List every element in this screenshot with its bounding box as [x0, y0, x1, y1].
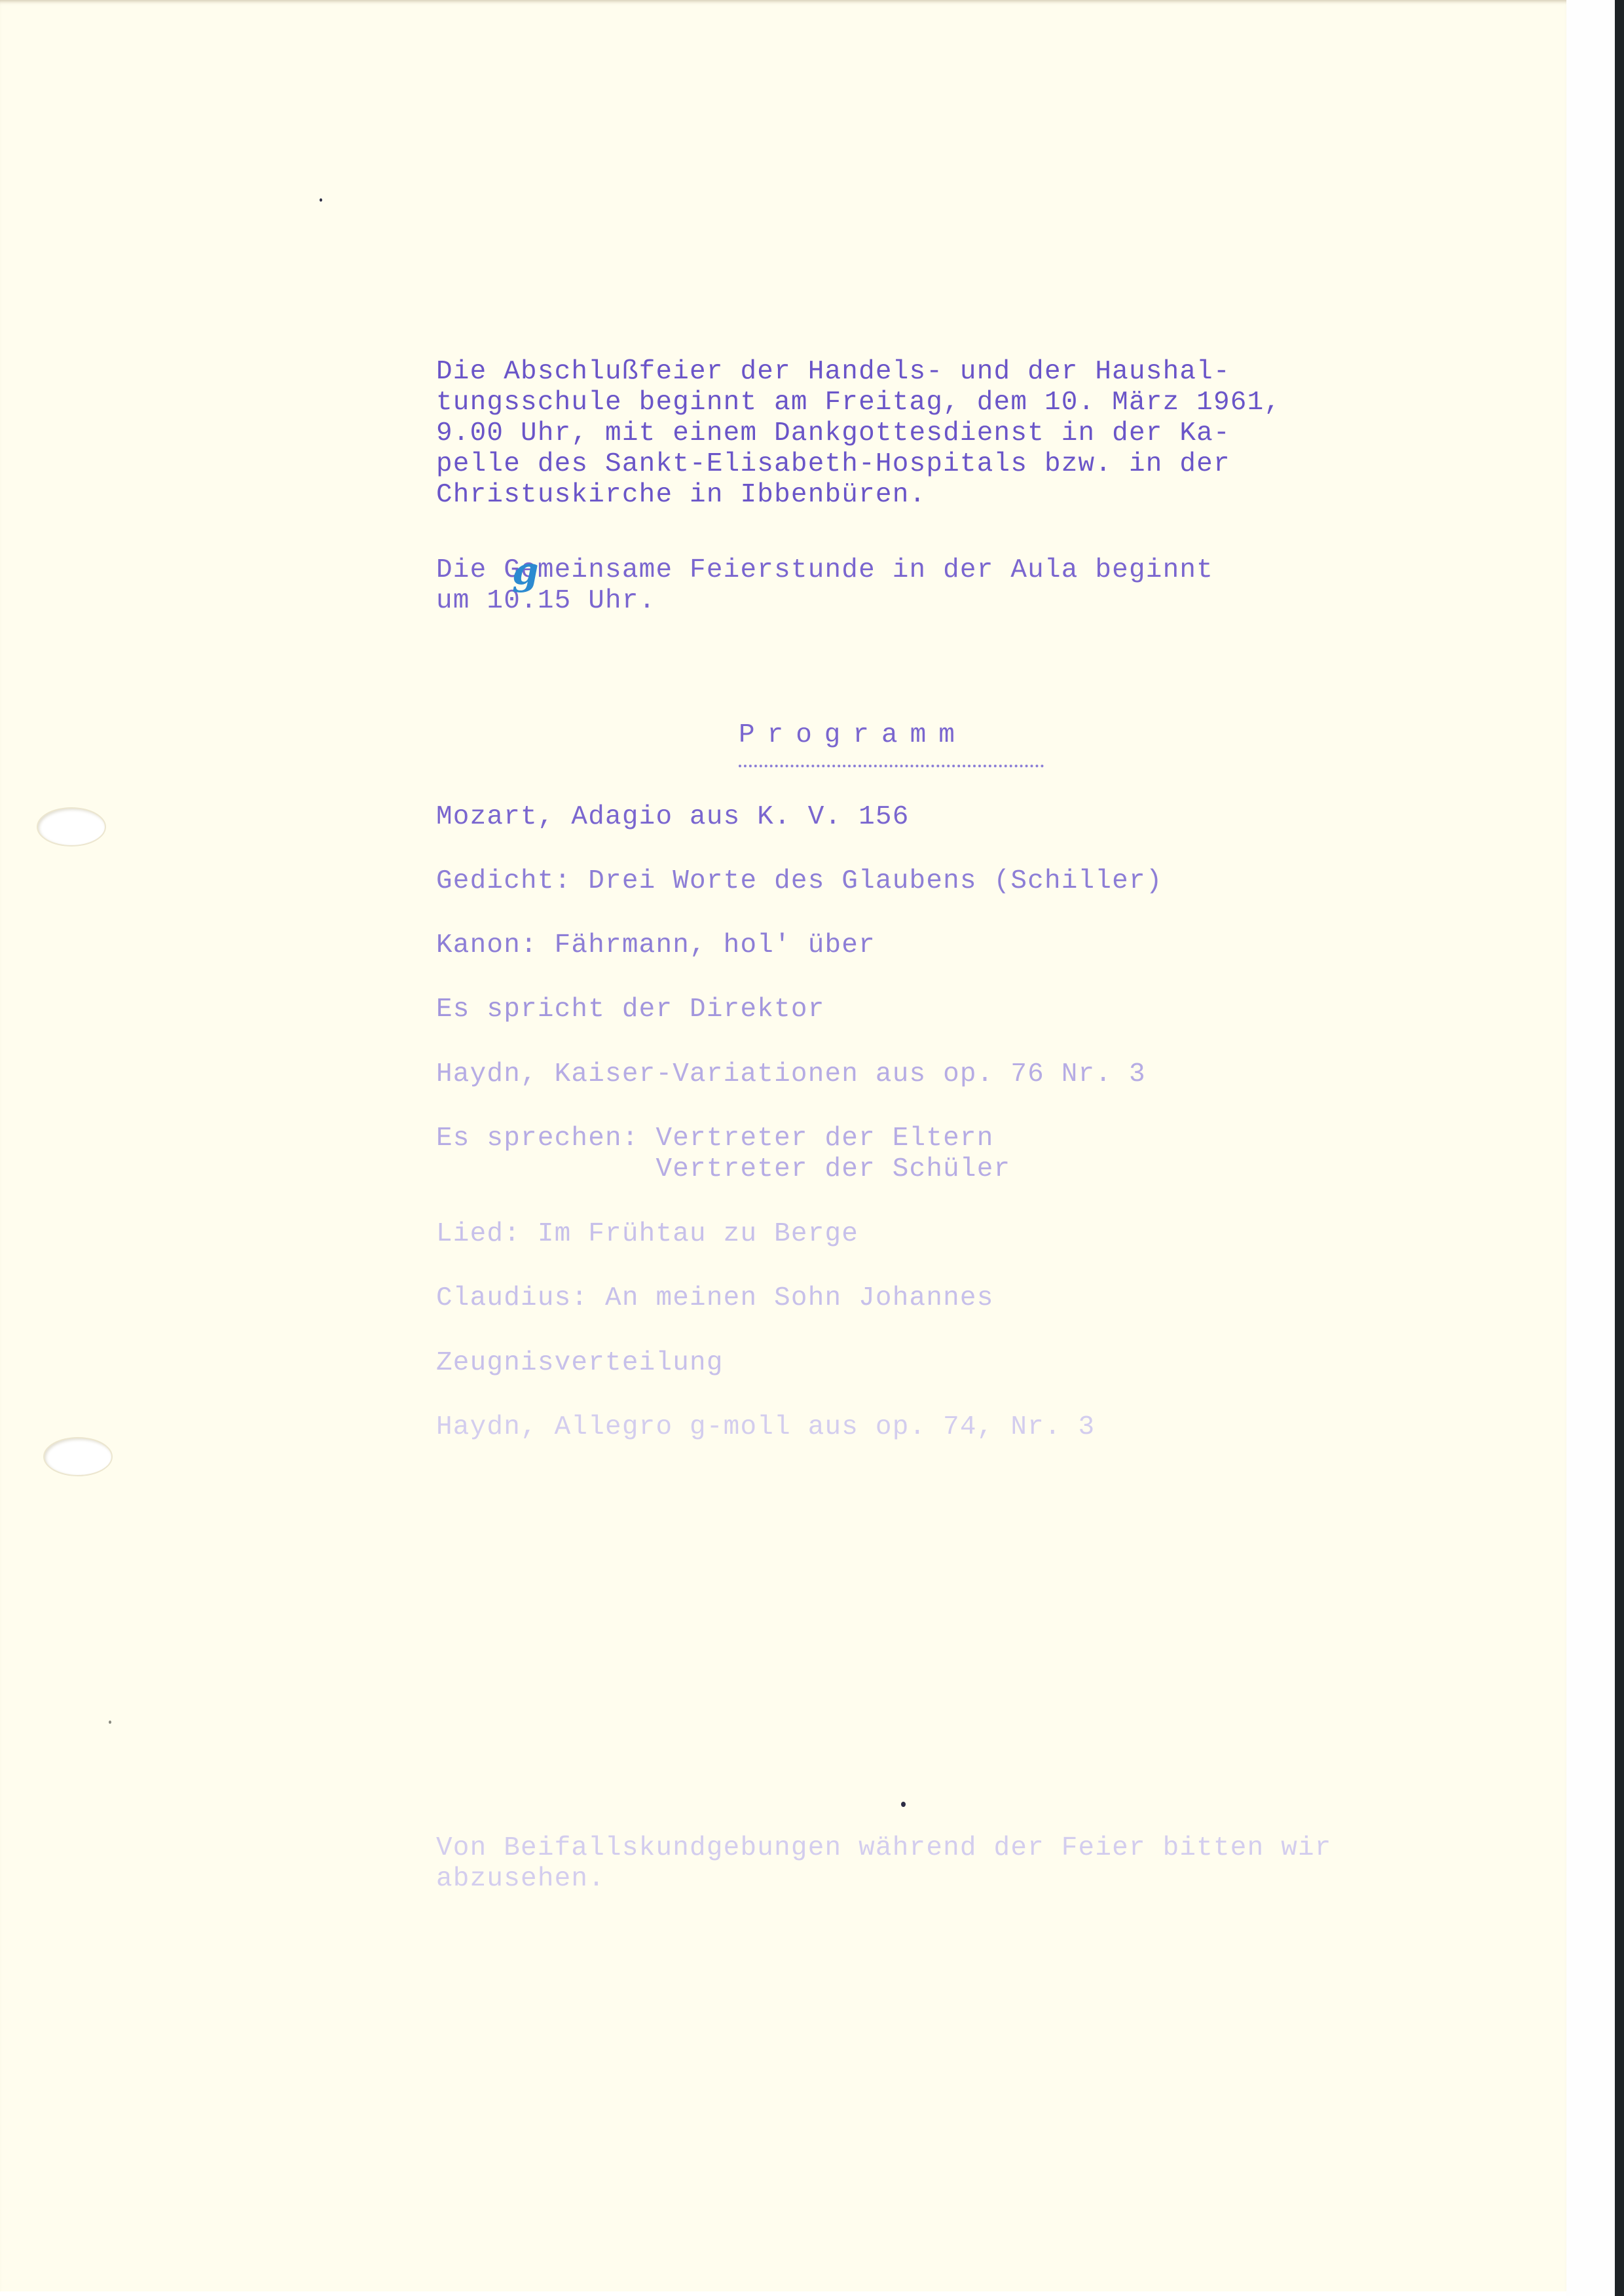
program-item: Haydn, Kaiser-Variationen aus op. 76 Nr.…	[436, 1059, 1146, 1090]
scan-border	[1615, 0, 1624, 2296]
program-item: Es spricht der Direktor	[436, 994, 825, 1025]
paper-speck	[320, 198, 322, 202]
closing-note: Von Beifallskundgebungen während der Fei…	[436, 1833, 1332, 1895]
program-item: Zeugnisverteilung	[436, 1348, 724, 1379]
scan-margin	[1566, 0, 1615, 2296]
program-item: Gedicht: Drei Worte des Glaubens (Schill…	[436, 866, 1163, 897]
program-title-underline	[739, 765, 1044, 770]
program-item: Claudius: An meinen Sohn Johannes	[436, 1283, 994, 1314]
handwritten-correction: g	[512, 549, 539, 593]
program-title: Programm	[739, 720, 967, 751]
punch-hole	[38, 809, 105, 845]
second-paragraph: Die Gemeinsame Feierstunde in der Aula b…	[436, 555, 1213, 617]
paper-speck	[901, 1802, 906, 1807]
program-item: Haydn, Allegro g-moll aus op. 74, Nr. 3	[436, 1412, 1095, 1443]
program-item: Lied: Im Frühtau zu Berge	[436, 1219, 858, 1250]
program-item: Es sprechen: Vertreter der Eltern Vertre…	[436, 1123, 1010, 1185]
program-item: Mozart, Adagio aus K. V. 156	[436, 802, 910, 833]
punch-hole	[45, 1438, 111, 1475]
paper-speck	[109, 1721, 111, 1724]
intro-paragraph: Die Abschlußfeier der Handels- und der H…	[436, 357, 1281, 511]
document-page: Die Abschlußfeier der Handels- und der H…	[0, 0, 1566, 2291]
program-item: Kanon: Fährmann, hol' über	[436, 930, 876, 961]
